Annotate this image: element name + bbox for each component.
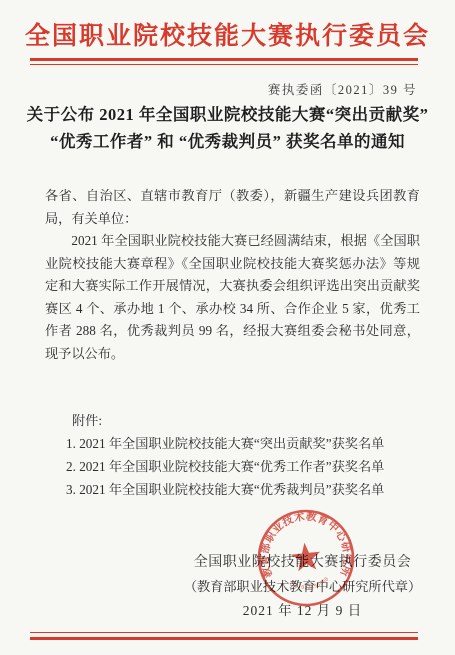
letterhead-org-title: 全国职业院校技能大赛执行委员会	[0, 21, 455, 53]
attachments-section: 附件: 1. 2021 年全国职业院校技能大赛“突出贡献奖”获奖名单 2. 20…	[66, 409, 384, 501]
letterhead-rule-thin	[30, 64, 418, 65]
letterhead-rule-thick	[30, 58, 418, 61]
document-number: 赛执委函〔2021〕39 号	[268, 80, 417, 98]
salutation: 各省、自治区、直辖市教育厅（教委），新疆生产建设兵团教育局，有关单位：	[45, 185, 420, 230]
notice-document-page: 全国职业院校技能大赛执行委员会 赛执委函〔2021〕39 号 关于公布 2021…	[0, 0, 455, 655]
attachment-item: 2. 2021 年全国职业院校技能大赛“优秀工作者”获奖名单	[66, 455, 384, 478]
footer-rule-thin	[30, 632, 418, 633]
body-paragraph: 2021 年全国职业院校技能大赛已经圆满结束，根据《全国职业院校技能大赛章程》《…	[45, 230, 420, 365]
seal-star-icon	[290, 541, 322, 572]
seal-code: 1101022298568	[287, 576, 331, 593]
attachments-label: 附件:	[72, 409, 384, 432]
document-title-line1: 关于公布 2021 年全国职业院校技能大赛“突出贡献奖”	[0, 101, 455, 128]
footer-rule-thick	[30, 637, 418, 640]
attachment-item: 3. 2021 年全国职业院校技能大赛“优秀裁判员”获奖名单	[66, 478, 384, 501]
document-title: 关于公布 2021 年全国职业院校技能大赛“突出贡献奖” “优秀工作者” 和 “…	[0, 101, 455, 155]
official-seal: 教育部职业技术教育中心研究所 1101022298568	[251, 503, 361, 613]
attachment-item: 1. 2021 年全国职业院校技能大赛“突出贡献奖”获奖名单	[66, 432, 384, 455]
document-title-line2: “优秀工作者” 和 “优秀裁判员” 获奖名单的通知	[0, 128, 455, 155]
document-body: 各省、自治区、直辖市教育厅（教委），新疆生产建设兵团教育局，有关单位： 2021…	[45, 185, 420, 365]
